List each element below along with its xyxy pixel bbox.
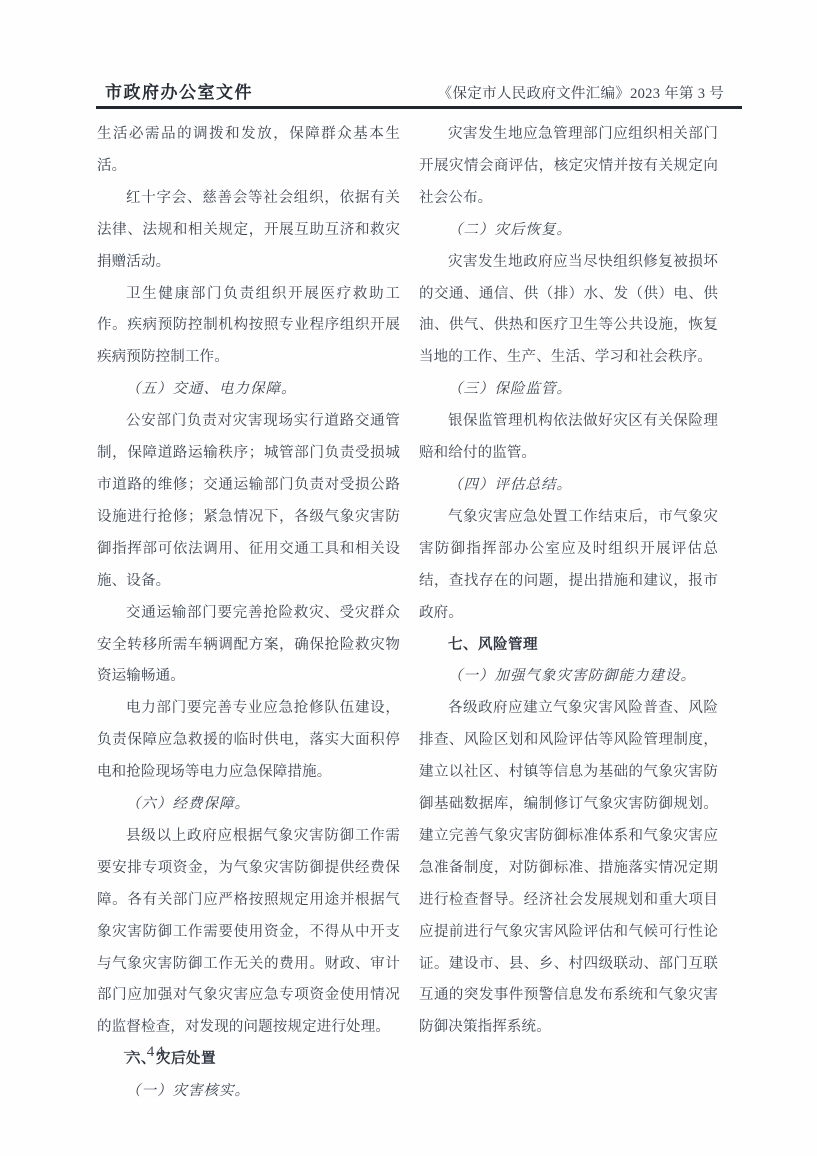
paragraph: 生活必需品的调拨和发放，保障群众基本生活。 bbox=[97, 119, 400, 183]
document-page: 市政府办公室文件 《保定市人民政府文件汇编》2023 年第 3 号 生活必需品的… bbox=[0, 0, 817, 1156]
header-doc-type-label: 市政府办公室文件 bbox=[97, 78, 253, 103]
paragraph: 交通运输部门要完善抢险救灾、受灾群众安全转移所需车辆调配方案，确保抢险救灾物资运… bbox=[97, 598, 400, 694]
page-number: — 44 — bbox=[124, 1044, 189, 1061]
paragraph: 公安部门负责对灾害现场实行道路交通管制，保障道路运输秩序；城管部门负责受损城市道… bbox=[97, 406, 400, 597]
paragraph: 卫生健康部门负责组织开展医疗救助工作。疾病预防控制机构按照专业程序组织开展疾病预… bbox=[97, 279, 400, 375]
left-text-column: 生活必需品的调拨和发放，保障群众基本生活。 红十字会、慈善会等社会组织，依据有关… bbox=[97, 119, 400, 1108]
right-text-column: 灾害发生地应急管理部门应组织相关部门开展灾情会商评估，核定灾情并按有关规定向社会… bbox=[419, 119, 718, 1044]
page-header: 市政府办公室文件 《保定市人民政府文件汇编》2023 年第 3 号 bbox=[97, 78, 742, 103]
paragraph: 县级以上政府应根据气象灾害防御工作需要安排专项资金，为气象灾害防御提供经费保障。… bbox=[97, 821, 400, 1044]
subsection-heading: （一）灾害核实。 bbox=[97, 1076, 400, 1108]
paragraph: 气象灾害应急处置工作结束后，市气象灾害防御指挥部办公室应及时组织开展评估总结，查… bbox=[419, 502, 718, 630]
header-compilation-title: 《保定市人民政府文件汇编》2023 年第 3 号 bbox=[438, 82, 724, 103]
subsection-heading: （二）灾后恢复。 bbox=[419, 215, 718, 247]
subsection-heading: （一）加强气象灾害防御能力建设。 bbox=[419, 661, 718, 693]
header-divider-rule bbox=[96, 106, 742, 109]
paragraph: 红十字会、慈善会等社会组织，依据有关法律、法规和相关规定，开展互助互济和救灾捐赠… bbox=[97, 183, 400, 279]
paragraph: 灾害发生地应急管理部门应组织相关部门开展灾情会商评估，核定灾情并按有关规定向社会… bbox=[419, 119, 718, 215]
paragraph: 银保监管理机构依法做好灾区有关保险理赔和给付的监管。 bbox=[419, 406, 718, 470]
section-heading: 七、风险管理 bbox=[419, 630, 718, 662]
subsection-heading: （四）评估总结。 bbox=[419, 470, 718, 502]
paragraph: 灾害发生地政府应当尽快组织修复被损坏的交通、通信、供（排）水、发（供）电、供油、… bbox=[419, 247, 718, 375]
subsection-heading: （三）保险监管。 bbox=[419, 374, 718, 406]
paragraph: 电力部门要完善专业应急抢修队伍建设，负责保障应急救援的临时供电，落实大面积停电和… bbox=[97, 693, 400, 789]
paragraph: 各级政府应建立气象灾害风险普查、风险排查、风险区划和风险评估等风险管理制度，建立… bbox=[419, 693, 718, 1044]
subsection-heading: （五）交通、电力保障。 bbox=[97, 374, 400, 406]
subsection-heading: （六）经费保障。 bbox=[97, 789, 400, 821]
